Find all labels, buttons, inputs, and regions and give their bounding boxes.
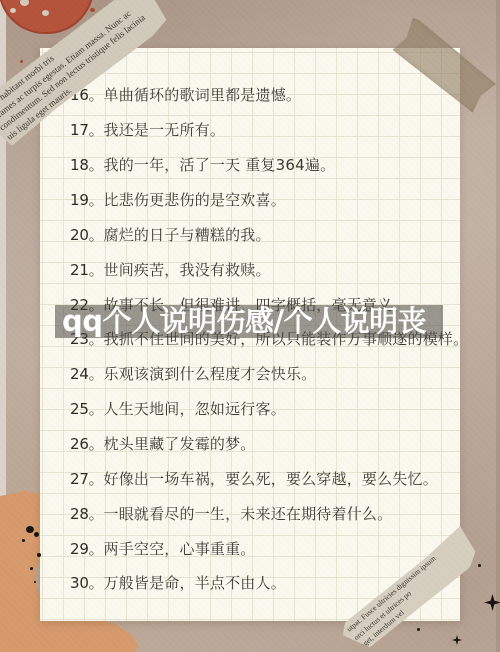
quote-line-27: 27。好像出一场车祸，要么死，要么穿越，要么失忆。: [70, 461, 468, 496]
ink-splatter-dot: [34, 532, 39, 537]
quote-number: 27。: [70, 468, 104, 489]
quote-line-25: 25。人生天地间，忽如远行客。: [70, 391, 468, 426]
quote-text: 枕头里藏了发霉的梦。: [104, 433, 256, 454]
quote-line-19: 19。比悲伤更悲伤的是空欢喜。: [70, 182, 468, 217]
poster: 16。单曲循环的歌词里都是遗憾。 17。我还是一无所有。 18。我的一年，活了一…: [0, 0, 500, 652]
quote-text: 比悲伤更悲伤的是空欢喜。: [104, 189, 286, 210]
quote-text: 腐烂的日子与糟糕的我。: [104, 224, 271, 245]
quote-text: 乐观该演到什么程度才会快乐。: [104, 363, 317, 384]
ink-splatter-dot: [478, 564, 481, 567]
quote-line-26: 26。枕头里藏了发霉的梦。: [70, 426, 468, 461]
quote-number: 18。: [70, 154, 104, 175]
quote-number: 28。: [70, 503, 104, 524]
background-right-strip: [496, 0, 500, 652]
ink-splatter-dot: [30, 567, 33, 570]
quote-text: 人生天地间，忽如远行客。: [104, 398, 286, 419]
quote-line-24: 24。乐观该演到什么程度才会快乐。: [70, 356, 468, 391]
quote-number: 19。: [70, 189, 104, 210]
ink-splatter-dot: [34, 581, 36, 583]
quote-text: 好像出一场车祸，要么死，要么穿越，要么失忆。: [104, 468, 438, 489]
quote-line-17: 17。我还是一无所有。: [70, 112, 468, 147]
quote-text: 世间疾苦，我没有救赎。: [104, 259, 271, 280]
ink-splatter-dot: [417, 628, 420, 631]
quote-line-18: 18。我的一年，活了一天 重复364遍。: [70, 147, 468, 182]
sparkle-star-icon: [452, 635, 462, 645]
stamp-speckle: [20, 0, 29, 6]
quote-text: 单曲循环的歌词里都是遗憾。: [104, 84, 302, 105]
quote-line-20: 20。腐烂的日子与糟糕的我。: [70, 217, 468, 252]
page-title: qq个人说明伤感/个人说明丧: [55, 305, 426, 338]
quote-number: 25。: [70, 398, 104, 419]
ink-splatter-dot: [22, 539, 25, 542]
quote-number: 26。: [70, 433, 104, 454]
stamp-speckle: [10, 8, 16, 13]
quote-text: 一眼就看尽的一生，未来还在期待着什么。: [104, 503, 393, 524]
quote-number: 24。: [70, 363, 104, 384]
quote-text: 两手空空，心事重重。: [104, 538, 256, 559]
quote-text: 我的一年，活了一天 重复364遍。: [104, 154, 336, 175]
quote-line-29: 29。两手空空，心事重重。: [70, 531, 468, 566]
quote-list: 16。单曲循环的歌词里都是遗憾。 17。我还是一无所有。 18。我的一年，活了一…: [70, 78, 468, 601]
ink-splatter-dot: [26, 526, 34, 533]
ink-splatter-dot: [37, 553, 41, 557]
quote-number: 20。: [70, 224, 104, 245]
quote-number: 21。: [70, 259, 104, 280]
quote-line-21: 21。世间疾苦，我没有救赎。: [70, 252, 468, 287]
title-banner: qq个人说明伤感/个人说明丧: [55, 305, 443, 338]
quote-number: 30。: [70, 572, 104, 593]
quote-line-28: 28。一眼就看尽的一生，未来还在期待着什么。: [70, 496, 468, 531]
quote-number: 29。: [70, 538, 104, 559]
quote-text: 万般皆是命，半点不由人。: [104, 572, 286, 593]
quote-number: 17。: [70, 119, 104, 140]
stamp-fleck: [90, 8, 95, 12]
quote-line-16: 16。单曲循环的歌词里都是遗憾。: [70, 78, 468, 113]
quote-text: 我还是一无所有。: [104, 119, 226, 140]
stamp-fleck: [20, 60, 23, 63]
stamp-speckle: [42, 10, 49, 16]
